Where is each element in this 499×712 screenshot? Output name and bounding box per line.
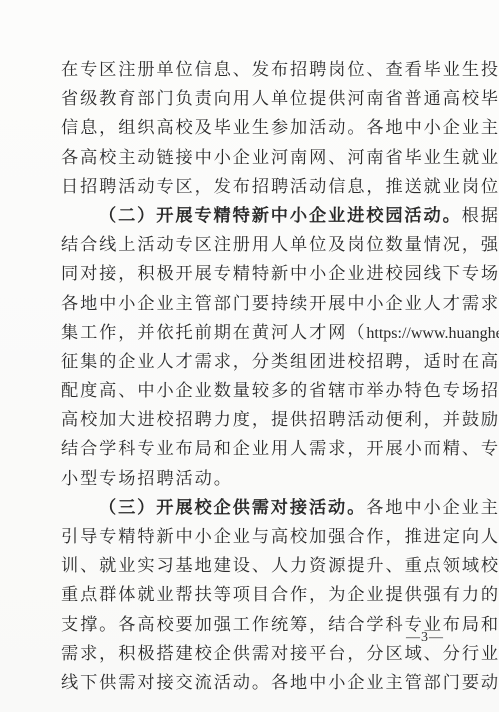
section-heading-2: （二）开展专精特新中小企业进校园活动。 xyxy=(99,206,462,226)
text-line: 省级教育部门负责向用人单位提供河南省普通高校毕业生生源 xyxy=(61,85,445,114)
page-number: —3— xyxy=(406,630,444,646)
text-line: 训、就业实习基地建设、人力资源提升、重点领域校企合作、 xyxy=(61,552,445,581)
text-line: 日招聘活动专区，发布招聘活动信息，推送就业岗位。 xyxy=(61,173,445,202)
text-line: 在专区注册单位信息、发布招聘岗位、查看毕业生投递简历。 xyxy=(61,56,445,85)
text-line: 小型专场招聘活动。 xyxy=(61,465,445,494)
text-line: 支撑。各高校要加强工作统筹，结合学科专业布局和企业用人 xyxy=(61,611,445,640)
section-heading-3: （三）开展校企供需对接活动。 xyxy=(99,498,366,518)
text-line: 同对接，积极开展专精特新中小企业进校园线下专场招聘活动。 xyxy=(61,260,445,289)
section-heading-line-3: （三）开展校企供需对接活动。各地中小企业主管部门要 xyxy=(61,494,445,523)
text-line: 各地中小企业主管部门要持续开展中小企业人才需求常态化征 xyxy=(61,290,445,319)
text-line: 结合线上活动专区注册用人单位及岗位数量情况，强化校地协 xyxy=(61,231,445,260)
text-line: 征集的企业人才需求，分类组团进校招聘，适时在高校专业匹 xyxy=(61,348,445,377)
text-line: 引导专精特新中小企业与高校加强合作，推进定向人才培养培 xyxy=(61,523,445,552)
text-line-with-url: 集工作，并依托前期在黄河人才网（https://www.huanghehr.co… xyxy=(61,319,445,348)
document-body: 在专区注册单位信息、发布招聘岗位、查看毕业生投递简历。 省级教育部门负责向用人单… xyxy=(61,56,445,698)
text-line: 配度高、中小企业数量较多的省辖市举办特色专场招聘会。各 xyxy=(61,377,445,406)
text-segment: 各地中小企业主管部门要 xyxy=(366,498,499,518)
section-heading-line-2: （二）开展专精特新中小企业进校园活动。根据任务要求， xyxy=(61,202,445,231)
text-line: 重点群体就业帮扶等项目合作，为企业提供强有力的人才资源 xyxy=(61,581,445,610)
text-segment: 根据任务要求， xyxy=(462,206,499,226)
text-segment: 集工作，并依托前期在黄河人才网（ xyxy=(61,323,366,343)
text-line: 需求，积极搭建校企供需对接平台，分区域、分行业组织开展 xyxy=(61,640,445,669)
url-link: https://www.huanghehr.com xyxy=(366,325,499,342)
text-line: 结合学科专业布局和企业用人需求，开展小而精、专而优的中 xyxy=(61,435,445,464)
text-line: 线下供需对接交流活动。各地中小企业主管部门要动员专精特 xyxy=(61,669,445,698)
text-line: 信息，组织高校及毕业生参加活动。各地中小企业主管部门、 xyxy=(61,114,445,143)
text-line: 各高校主动链接中小企业河南网、河南省毕业生就业信息网百 xyxy=(61,144,445,173)
text-line: 高校加大进校招聘力度，提供招聘活动便利，并鼓励支持院系 xyxy=(61,406,445,435)
document-page: 在专区注册单位信息、发布招聘岗位、查看毕业生投递简历。 省级教育部门负责向用人单… xyxy=(0,0,499,712)
